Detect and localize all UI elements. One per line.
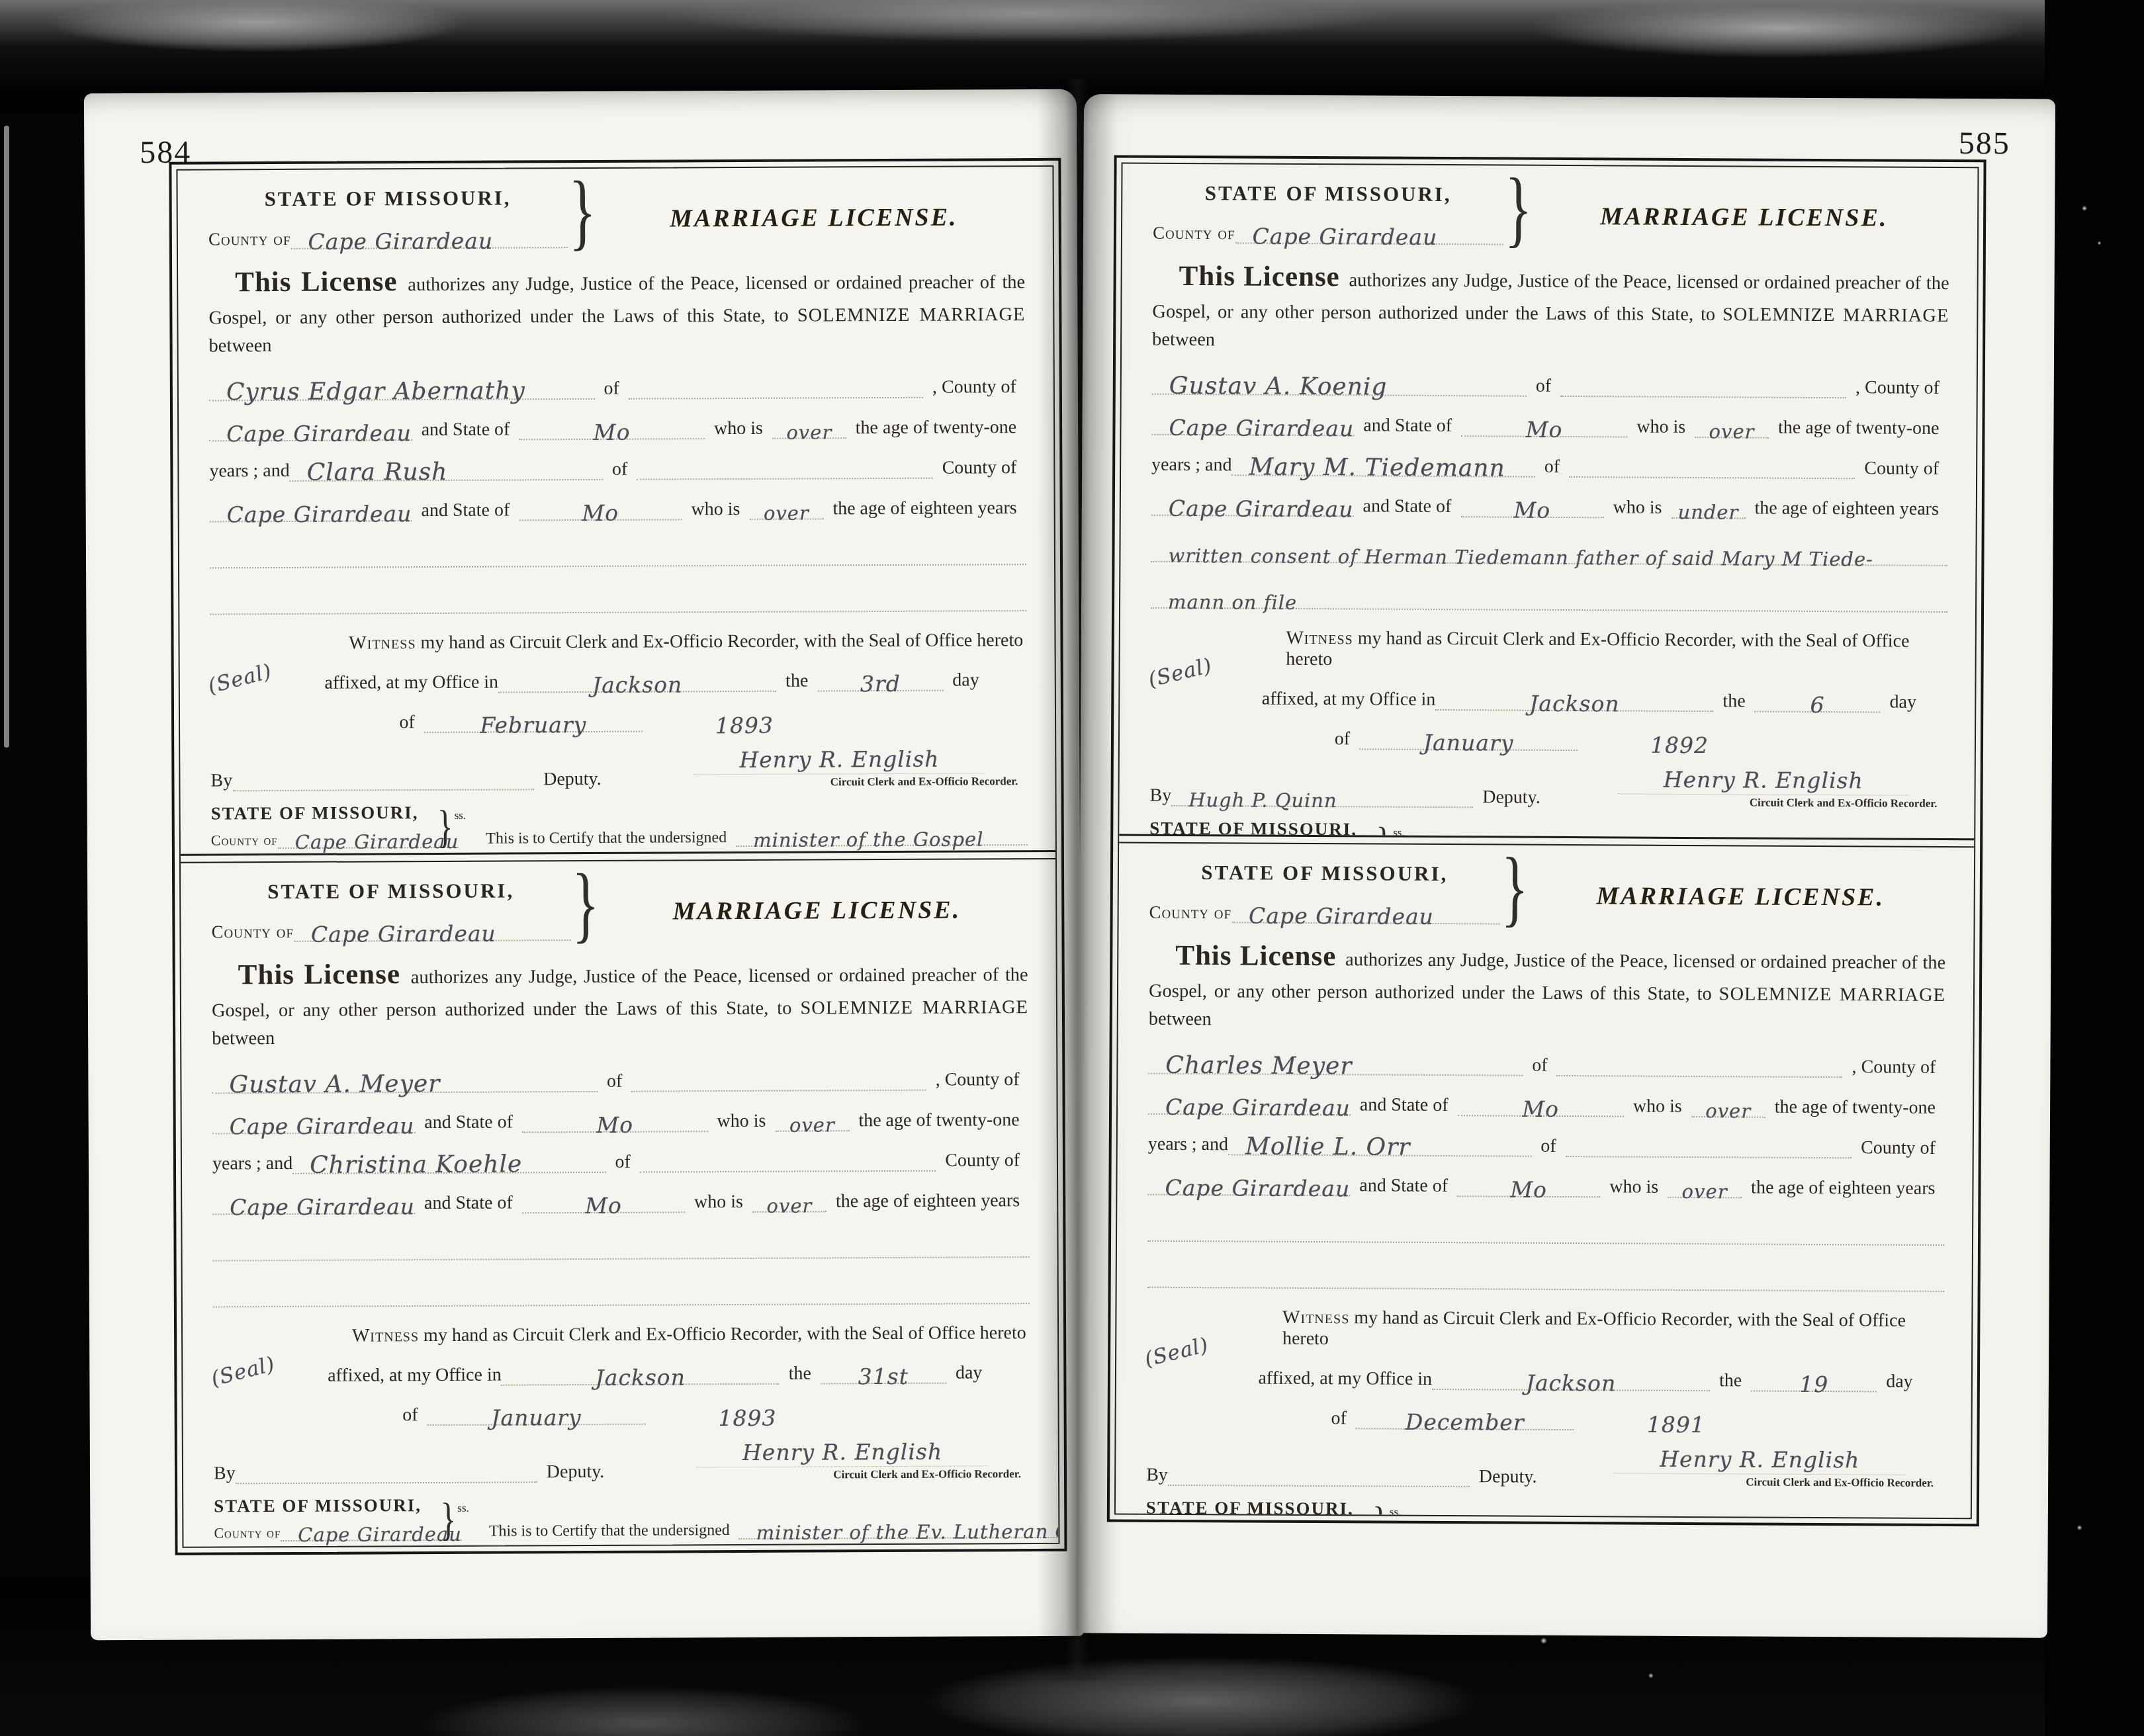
form-frame-inner-right: STATE OF MISSOURI, County of Cape Girard… bbox=[1114, 162, 1979, 1519]
film-edge-sliver bbox=[4, 126, 9, 748]
bride-state-row: Cape Girardeau and State of Mo who is ov… bbox=[210, 488, 1026, 522]
groom-residence-line bbox=[629, 369, 923, 400]
witness-line-2: affixed, at my Office in Jackson the 19 … bbox=[1147, 1360, 1943, 1393]
deputy-label: Deputy. bbox=[534, 769, 611, 791]
groom-county: Cape Girardeau bbox=[226, 422, 412, 445]
license-lead-paragraph: This License authorizes any Judge, Justi… bbox=[208, 258, 1026, 361]
witness-line-1: Witness my hand as Circuit Clerk and Ex-… bbox=[213, 1323, 1030, 1347]
years-and-label: years ; and bbox=[209, 460, 289, 482]
consent-line-2: mann on file bbox=[1151, 580, 1947, 613]
form-header: STATE OF MISSOURI, County of Cape Girard… bbox=[1149, 857, 1947, 927]
by-label: By bbox=[210, 770, 232, 791]
form-title: MARRIAGE LICENSE. bbox=[605, 895, 1028, 926]
county-value: Cape Girardeau bbox=[1252, 226, 1437, 248]
consent-line-1 bbox=[1147, 1213, 1944, 1246]
form-title: MARRIAGE LICENSE. bbox=[603, 202, 1025, 234]
who-is-label-2: who is bbox=[682, 499, 749, 520]
who-is-label-2: who is bbox=[685, 1192, 752, 1213]
certificate-county-fill: Cape Girardeau bbox=[281, 1517, 462, 1541]
clerk-signature-line: Henry R. English bbox=[693, 748, 985, 775]
brace-glyph: } bbox=[572, 866, 600, 943]
affixed-label: affixed, at my Office in bbox=[1258, 1368, 1432, 1390]
groom-state-line: Mo bbox=[1458, 1087, 1624, 1117]
bride-county-line: Cape Girardeau bbox=[210, 492, 412, 522]
groom-state-line: Mo bbox=[1461, 408, 1627, 437]
age21-label: the age of twenty-one bbox=[846, 417, 1026, 439]
bride-state: Mo bbox=[1514, 499, 1551, 521]
consent-row-2 bbox=[213, 1274, 1030, 1307]
certificate-state-heading: STATE OF MISSOURI, bbox=[1146, 1498, 1354, 1518]
groom-age-word: over bbox=[1709, 422, 1755, 441]
bride-county: Cape Girardeau bbox=[230, 1195, 415, 1218]
license-slot-3: STATE OF MISSOURI, County of Cape Girard… bbox=[1116, 843, 1974, 1518]
witness-word: Witness bbox=[1286, 628, 1353, 649]
county-of-label: County of bbox=[208, 229, 291, 250]
age21-label: the age of twenty-one bbox=[1769, 417, 1949, 439]
page-number-right: 585 bbox=[1959, 125, 2010, 161]
groom-residence-line bbox=[1557, 1047, 1843, 1078]
bride-state-row: Cape Girardeau and State of Mo who is ov… bbox=[212, 1181, 1029, 1215]
clerk-signature: Henry R. English bbox=[1664, 767, 1863, 794]
certificate-county-line: County of Cape Girardeau bbox=[211, 824, 436, 849]
lead-caps-text: SOLEMNIZE MARRIAGE bbox=[797, 304, 1026, 326]
the-label: the bbox=[776, 670, 817, 691]
undersigned-line: minister of the Gospel bbox=[736, 822, 1028, 847]
bride-county-line: Cape Girardeau bbox=[1147, 1166, 1350, 1197]
license-month-value: January bbox=[491, 1407, 582, 1429]
lead-bold-text: This License bbox=[212, 959, 404, 990]
of-label-3: of bbox=[1325, 728, 1359, 750]
form-header: STATE OF MISSOURI, County of Cape Girard… bbox=[208, 180, 1025, 249]
bride-name-line: Mollie L. Orr bbox=[1228, 1126, 1532, 1156]
office-in-value: Jackson bbox=[1529, 693, 1620, 715]
bride-state-row: Cape Girardeau and State of Mo who is un… bbox=[1151, 486, 1948, 520]
groom-name-line: Gustav A. Koenig bbox=[1152, 366, 1527, 397]
bride-residence-line bbox=[637, 450, 932, 480]
consent-row-2 bbox=[210, 581, 1026, 615]
clerk-signature-line: Henry R. English bbox=[697, 1440, 988, 1467]
witness-block: (Seal) Witness my hand as Circuit Clerk … bbox=[213, 1323, 1030, 1484]
witness-block: (Seal) Witness my hand as Circuit Clerk … bbox=[210, 630, 1027, 791]
groom-state: Mo bbox=[1522, 1098, 1559, 1120]
license-day-value: 19 bbox=[1799, 1373, 1828, 1395]
license-year-value: 1893 bbox=[715, 715, 774, 736]
license-month-line: December bbox=[1356, 1400, 1574, 1430]
age18-label: the age of eighteen years bbox=[1745, 498, 1947, 520]
title-block: MARRIAGE LICENSE. bbox=[1535, 859, 1946, 912]
license-month-value: December bbox=[1406, 1411, 1525, 1434]
marriage-license-form: STATE OF MISSOURI, County of Cape Girard… bbox=[181, 859, 1058, 1547]
microfilm-scan: 584 STATE OF MISSOURI, County of Cape Gi… bbox=[0, 0, 2144, 1736]
certificate-state-county: STATE OF MISSOURI, County of Cape Girard… bbox=[1146, 1498, 1371, 1518]
brace-glyph: } bbox=[1505, 170, 1533, 247]
and-state-of-label: and State of bbox=[412, 419, 519, 441]
of-label: of bbox=[1523, 1055, 1556, 1076]
affixed-label: affixed, at my Office in bbox=[324, 672, 498, 694]
clerk-signature-block: Henry R. English Circuit Clerk and Ex-Of… bbox=[1576, 1448, 1943, 1490]
state-heading: STATE OF MISSOURI, bbox=[208, 182, 568, 211]
license-year-value: 1891 bbox=[1647, 1414, 1705, 1436]
witness-rest: my hand as Circuit Clerk and Ex-Officio … bbox=[1286, 628, 1909, 670]
consent-text-1: written consent of Herman Tiedemann fath… bbox=[1168, 546, 1873, 570]
consent-row-1 bbox=[210, 535, 1026, 568]
license-day-value: 31st bbox=[858, 1366, 909, 1387]
age21-label: the age of twenty-one bbox=[1765, 1097, 1945, 1119]
form-frame-inner-left: STATE OF MISSOURI, County of Cape Girard… bbox=[176, 165, 1059, 1548]
state-county-block: STATE OF MISSOURI, County of Cape Girard… bbox=[211, 875, 570, 942]
certificate-county-value: Cape Girardeau bbox=[298, 1525, 462, 1545]
certificate-brace-glyph: } bbox=[1376, 816, 1392, 838]
ss-label: ss. bbox=[455, 809, 467, 822]
bride-residence-line bbox=[640, 1143, 936, 1173]
county-of-label-2: County of bbox=[1852, 1137, 1945, 1159]
form-title: MARRIAGE LICENSE. bbox=[1535, 881, 1946, 912]
and-state-of-label: and State of bbox=[415, 1111, 522, 1133]
license-slot-2: STATE OF MISSOURI, County of Cape Girard… bbox=[1119, 163, 1977, 838]
groom-name: Cyrus Edgar Abernathy bbox=[226, 379, 525, 404]
of-label: of bbox=[605, 1152, 639, 1173]
witness-line-3: of January 1893 bbox=[214, 1394, 1030, 1426]
license-year-value: 1893 bbox=[718, 1407, 776, 1429]
certificate-county-fill: Cape Girardeau bbox=[278, 824, 459, 849]
deputy-line bbox=[232, 761, 534, 791]
groom-name: Gustav A. Koenig bbox=[1169, 374, 1388, 400]
age21-label: the age of twenty-one bbox=[849, 1109, 1028, 1131]
certificate-block: STATE OF MISSOURI, County of Cape Girard… bbox=[214, 1493, 1031, 1547]
age18-label: the age of eighteen years bbox=[1742, 1177, 1944, 1199]
of-label: of bbox=[1535, 456, 1569, 478]
clerk-signature: Henry R. English bbox=[742, 1439, 942, 1465]
groom-name-line: Charles Meyer bbox=[1148, 1045, 1523, 1076]
certificate-state-county: STATE OF MISSOURI, County of Cape Girard… bbox=[211, 803, 436, 849]
bride-state: Mo bbox=[582, 502, 619, 524]
groom-state-row: Cape Girardeau and State of Mo who is ov… bbox=[1148, 1084, 1945, 1119]
deputy-label: Deputy. bbox=[537, 1461, 614, 1483]
bride-state: Mo bbox=[1510, 1179, 1547, 1201]
groom-county-line: Cape Girardeau bbox=[209, 412, 412, 441]
lead-bold-text: This License bbox=[208, 266, 401, 298]
film-right-band bbox=[2045, 0, 2144, 1736]
certificate-line-1: STATE OF MISSOURI, County of Cape Girard… bbox=[1146, 1498, 1943, 1518]
certificate-county-line: County of Cape Girardeau bbox=[214, 1517, 439, 1541]
bride-name-row: years ; and Clara Rush of County of bbox=[209, 448, 1026, 482]
license-day-value: 6 bbox=[1810, 694, 1825, 716]
consent-line-2 bbox=[210, 582, 1026, 615]
bride-county: Cape Girardeau bbox=[227, 503, 412, 525]
license-month-line: January bbox=[427, 1396, 645, 1426]
bride-state: Mo bbox=[585, 1195, 622, 1217]
bride-residence-line bbox=[1569, 449, 1855, 479]
lead-end-text: between bbox=[212, 1028, 275, 1049]
witness-line-3: of February 1893 bbox=[210, 701, 1027, 734]
witness-line-1: Witness my hand as Circuit Clerk and Ex-… bbox=[1147, 1307, 1943, 1353]
and-state-of-label: and State of bbox=[1351, 1094, 1458, 1116]
county-of-suffix: , County of bbox=[926, 1069, 1029, 1091]
deputy-line bbox=[236, 1454, 537, 1484]
the-label: the bbox=[1710, 1370, 1751, 1391]
witness-line-3: of December 1891 bbox=[1147, 1399, 1943, 1432]
clerk-signature-block: Henry R. English Circuit Clerk and Ex-Of… bbox=[654, 1440, 1030, 1482]
bride-name-line: Christina Koehle bbox=[292, 1144, 605, 1174]
of-label-3: of bbox=[1321, 1408, 1355, 1429]
witness-rest: my hand as Circuit Clerk and Ex-Officio … bbox=[424, 1323, 1026, 1346]
lead-caps-text: SOLEMNIZE MARRIAGE bbox=[1719, 984, 1946, 1006]
county-value: Cape Girardeau bbox=[1249, 904, 1434, 927]
form-header: STATE OF MISSOURI, County of Cape Girard… bbox=[1153, 177, 1950, 247]
certificate-line-1: STATE OF MISSOURI, County of Cape Girard… bbox=[211, 800, 1028, 849]
who-is-label: who is bbox=[1627, 416, 1695, 438]
years-and-label: years ; and bbox=[212, 1153, 292, 1175]
day-label: day bbox=[1877, 1371, 1922, 1392]
county-line: County of Cape Girardeau bbox=[211, 912, 570, 942]
bride-name-row: years ; and Mollie L. Orr of County of bbox=[1148, 1125, 1945, 1159]
certificate-state-county: STATE OF MISSOURI, County of Cape Girard… bbox=[214, 1495, 439, 1541]
undersigned-value: minister of the Gospel bbox=[753, 830, 983, 850]
lead-end-text: between bbox=[1152, 329, 1215, 350]
state-heading: STATE OF MISSOURI, bbox=[211, 875, 570, 904]
groom-name-line: Gustav A. Meyer bbox=[212, 1063, 598, 1094]
license-lead-paragraph: This License authorizes any Judge, Justi… bbox=[1152, 255, 1949, 359]
certificate-brace-glyph: } bbox=[1372, 1496, 1388, 1518]
county-value: Cape Girardeau bbox=[311, 923, 496, 945]
day-label: day bbox=[1881, 691, 1926, 713]
county-of-label: County of bbox=[211, 922, 294, 943]
witness-line-2: affixed, at my Office in Jackson the 6 d… bbox=[1150, 680, 1947, 713]
bride-age-line: under bbox=[1671, 490, 1745, 519]
bride-state-line: Mo bbox=[1457, 1168, 1600, 1197]
certificate-county-of-label: County of bbox=[214, 1524, 281, 1541]
age18-label: the age of eighteen years bbox=[823, 498, 1026, 519]
groom-county-line: Cape Girardeau bbox=[212, 1104, 416, 1134]
groom-age-line: over bbox=[775, 1102, 849, 1131]
office-in-line: Jackson bbox=[1432, 1361, 1710, 1391]
groom-residence-line bbox=[631, 1062, 926, 1092]
license-month-line: February bbox=[424, 703, 643, 733]
state-county-block: STATE OF MISSOURI, County of Cape Girard… bbox=[1149, 857, 1500, 925]
undersigned-line: minister of the Ev. Lutheran Church bbox=[739, 1514, 1059, 1540]
of-label: of bbox=[1527, 376, 1560, 397]
lead-bold-text: This License bbox=[1149, 940, 1340, 973]
groom-county: Cape Girardeau bbox=[230, 1115, 415, 1137]
undersigned-value: minister of the Ev. Lutheran Church bbox=[756, 1522, 1059, 1542]
of-label: of bbox=[594, 378, 628, 400]
and-state-of-label-2: and State of bbox=[415, 1192, 522, 1214]
deputy-line bbox=[1168, 1457, 1470, 1487]
affixed-label: affixed, at my Office in bbox=[1262, 689, 1436, 711]
certificate-brace-glyph: } bbox=[437, 799, 453, 853]
bride-age-line: over bbox=[1668, 1169, 1742, 1199]
groom-age-line: over bbox=[772, 410, 846, 439]
groom-county-line: Cape Girardeau bbox=[1151, 406, 1354, 437]
certificate-state-heading: STATE OF MISSOURI, bbox=[211, 803, 419, 823]
consent-row-1 bbox=[212, 1227, 1029, 1261]
county-fill-line: Cape Girardeau bbox=[290, 219, 568, 249]
groom-state: Mo bbox=[594, 421, 631, 443]
clerk-signature-line: Henry R. English bbox=[1618, 768, 1909, 795]
county-of-label-2: County of bbox=[1855, 458, 1948, 480]
bride-age-word: over bbox=[764, 504, 809, 523]
groom-residence-line bbox=[1560, 368, 1846, 398]
groom-age-word: over bbox=[1705, 1102, 1751, 1121]
state-heading: STATE OF MISSOURI, bbox=[1149, 857, 1500, 887]
license-month-line: January bbox=[1359, 720, 1578, 751]
book-page-right: 585 STATE OF MISSOURI, County of Cape Gi… bbox=[1076, 94, 2055, 1638]
groom-state-row: Cape Girardeau and State of Mo who is ov… bbox=[209, 408, 1026, 441]
lead-bold-text: This License bbox=[1153, 261, 1344, 293]
by-deputy-row: By Deputy. Henry R. English Circuit Cler… bbox=[210, 748, 1027, 791]
state-county-block: STATE OF MISSOURI, County of Cape Girard… bbox=[1153, 177, 1503, 245]
of-label-3: of bbox=[393, 1405, 427, 1426]
deputy-label: Deputy. bbox=[1473, 787, 1550, 808]
groom-state: Mo bbox=[596, 1114, 633, 1136]
license-lead-paragraph: This License authorizes any Judge, Justi… bbox=[1149, 935, 1946, 1038]
brace-glyph: } bbox=[568, 173, 596, 250]
clerk-signature-line: Henry R. English bbox=[1614, 1448, 1905, 1475]
groom-county-line: Cape Girardeau bbox=[1148, 1086, 1351, 1116]
license-day-line: 19 bbox=[1751, 1362, 1877, 1392]
bride-name-row: years ; and Christina Koehle of County o… bbox=[212, 1141, 1029, 1174]
consent-line-2 bbox=[1147, 1259, 1944, 1292]
lead-caps-text: SOLEMNIZE MARRIAGE bbox=[1722, 304, 1949, 326]
consent-row-1: written consent of Herman Tiedemann fath… bbox=[1151, 532, 1947, 566]
bride-state-line: Mo bbox=[1460, 488, 1603, 518]
office-in-value: Jackson bbox=[592, 673, 683, 696]
bride-county-line: Cape Girardeau bbox=[1151, 487, 1354, 517]
county-of-label-2: County of bbox=[933, 457, 1026, 479]
title-block: MARRIAGE LICENSE. bbox=[605, 873, 1028, 926]
certificate-state-heading: STATE OF MISSOURI, bbox=[214, 1495, 422, 1516]
bride-residence-line bbox=[1566, 1128, 1852, 1158]
consent-row-1 bbox=[1147, 1211, 1944, 1246]
of-label: of bbox=[598, 1071, 631, 1092]
who-is-label: who is bbox=[705, 418, 772, 439]
deputy-name: Hugh P. Quinn bbox=[1188, 791, 1337, 810]
groom-name-row: Cyrus Edgar Abernathy of , County of bbox=[209, 367, 1026, 401]
bride-age-line: over bbox=[752, 1183, 826, 1212]
bride-age-word: under bbox=[1677, 503, 1738, 522]
bride-age-word: over bbox=[1682, 1182, 1728, 1201]
consent-row-2: mann on file bbox=[1151, 578, 1947, 613]
bride-name: Clara Rush bbox=[307, 460, 448, 485]
deputy-line: Hugh P. Quinn bbox=[1171, 777, 1473, 808]
groom-state-row: Cape Girardeau and State of Mo who is ov… bbox=[1151, 405, 1948, 439]
license-year-value: 1892 bbox=[1650, 734, 1709, 756]
clerk-signature: Henry R. English bbox=[739, 746, 939, 773]
form-frame-left: STATE OF MISSOURI, County of Cape Girard… bbox=[169, 158, 1067, 1555]
of-label-3: of bbox=[390, 712, 424, 733]
bride-state-line: Mo bbox=[519, 491, 682, 521]
groom-name: Charles Meyer bbox=[1165, 1054, 1352, 1078]
groom-name: Gustav A. Meyer bbox=[229, 1072, 440, 1097]
groom-county: Cape Girardeau bbox=[1169, 417, 1354, 439]
groom-name-row: Charles Meyer of , County of bbox=[1148, 1044, 1945, 1078]
lead-caps-text: SOLEMNIZE MARRIAGE bbox=[800, 997, 1028, 1019]
certificate-county-value: Cape Girardeau bbox=[295, 832, 459, 852]
clerk-signature: Henry R. English bbox=[1660, 1446, 1859, 1473]
bride-state-row: Cape Girardeau and State of Mo who is ov… bbox=[1147, 1165, 1944, 1199]
marriage-license-form: STATE OF MISSOURI, County of Cape Girard… bbox=[1116, 843, 1974, 1518]
certificate-block: STATE OF MISSOURI, County of Cape Girard… bbox=[1145, 1498, 1943, 1518]
form-frame-right: STATE OF MISSOURI, County of Cape Girard… bbox=[1107, 155, 1987, 1526]
and-state-of-label-2: and State of bbox=[1354, 496, 1461, 517]
ss-label: ss. bbox=[457, 1502, 469, 1515]
who-is-label: who is bbox=[707, 1111, 775, 1132]
who-is-label-2: who is bbox=[1604, 497, 1672, 519]
bride-county: Cape Girardeau bbox=[1165, 1177, 1350, 1199]
groom-age-line: over bbox=[1695, 409, 1769, 439]
by-label: By bbox=[214, 1463, 236, 1484]
license-slot-1: STATE OF MISSOURI, County of Cape Girard… bbox=[181, 859, 1058, 1547]
title-block: MARRIAGE LICENSE. bbox=[1539, 179, 1949, 233]
form-header: STATE OF MISSOURI, County of Cape Girard… bbox=[211, 873, 1028, 942]
certify-label: This is to Certify that the undersigned bbox=[476, 829, 736, 848]
by-label: By bbox=[1149, 785, 1171, 806]
county-fill-line: Cape Girardeau bbox=[1235, 214, 1503, 245]
license-lead-paragraph: This License authorizes any Judge, Justi… bbox=[212, 951, 1029, 1053]
license-day-line: 6 bbox=[1755, 683, 1881, 713]
consent-text-2: mann on file bbox=[1168, 593, 1297, 613]
county-of-suffix: , County of bbox=[1843, 1057, 1945, 1078]
witness-block: (Seal) Witness my hand as Circuit Clerk … bbox=[1146, 1307, 1943, 1490]
groom-state-row: Cape Girardeau and State of Mo who is ov… bbox=[212, 1100, 1029, 1134]
certificate-line-1: STATE OF MISSOURI, County of Cape Girard… bbox=[214, 1493, 1030, 1541]
license-day-line: 31st bbox=[821, 1355, 946, 1385]
license-month-value: January bbox=[1423, 732, 1514, 754]
witness-line-1: Witness my hand as Circuit Clerk and Ex-… bbox=[210, 630, 1026, 654]
license-day-value: 3rd bbox=[860, 673, 901, 695]
certify-label: This is to Certify that the undersigned bbox=[480, 1522, 739, 1541]
consent-row-2 bbox=[1147, 1258, 1944, 1292]
clerk-title-smallprint: Circuit Clerk and Ex-Officio Recorder. bbox=[654, 1467, 1030, 1482]
groom-state-line: Mo bbox=[522, 1103, 708, 1133]
witness-block: (Seal) Witness my hand as Circuit Clerk … bbox=[1149, 627, 1947, 810]
groom-name-line: Cyrus Edgar Abernathy bbox=[209, 370, 595, 402]
office-in-line: Jackson bbox=[1435, 681, 1713, 712]
office-in-line: Jackson bbox=[498, 663, 776, 693]
and-state-of-label: and State of bbox=[1354, 415, 1461, 437]
the-label: the bbox=[780, 1363, 821, 1384]
day-label: day bbox=[946, 1362, 992, 1383]
county-line: County of Cape Girardeau bbox=[1153, 214, 1503, 245]
and-state-of-label-2: and State of bbox=[412, 499, 519, 521]
years-and-label: years ; and bbox=[1148, 1134, 1228, 1156]
county-of-label: County of bbox=[1149, 902, 1232, 924]
county-fill-line: Cape Girardeau bbox=[1231, 894, 1499, 924]
groom-age-line: over bbox=[1691, 1088, 1765, 1118]
witness-line-2: affixed, at my Office in Jackson the 3rd… bbox=[210, 662, 1027, 694]
groom-age-word: over bbox=[789, 1115, 835, 1135]
groom-county: Cape Girardeau bbox=[1165, 1096, 1351, 1119]
county-line: County of Cape Girardeau bbox=[208, 219, 568, 249]
bride-age-line: over bbox=[749, 490, 823, 519]
bride-age-word: over bbox=[766, 1196, 812, 1215]
clerk-title-smallprint: Circuit Clerk and Ex-Officio Recorder. bbox=[1576, 1475, 1943, 1490]
license-day-line: 3rd bbox=[817, 662, 943, 692]
county-of-label: County of bbox=[1153, 223, 1235, 244]
of-label: of bbox=[1531, 1136, 1565, 1157]
and-state-of-label-2: and State of bbox=[1350, 1175, 1457, 1197]
groom-name-row: Gustav A. Meyer of , County of bbox=[212, 1060, 1028, 1094]
affixed-label: affixed, at my Office in bbox=[328, 1365, 502, 1387]
county-of-label-2: County of bbox=[936, 1150, 1029, 1172]
bride-state-line: Mo bbox=[522, 1184, 685, 1213]
consent-line-1 bbox=[210, 536, 1026, 568]
office-in-value: Jackson bbox=[595, 1366, 686, 1389]
county-fill-line: Cape Girardeau bbox=[294, 912, 571, 942]
county-line: County of Cape Girardeau bbox=[1149, 894, 1500, 925]
clerk-title-smallprint: Circuit Clerk and Ex-Officio Recorder. bbox=[652, 775, 1028, 789]
county-of-suffix: , County of bbox=[1846, 377, 1949, 399]
